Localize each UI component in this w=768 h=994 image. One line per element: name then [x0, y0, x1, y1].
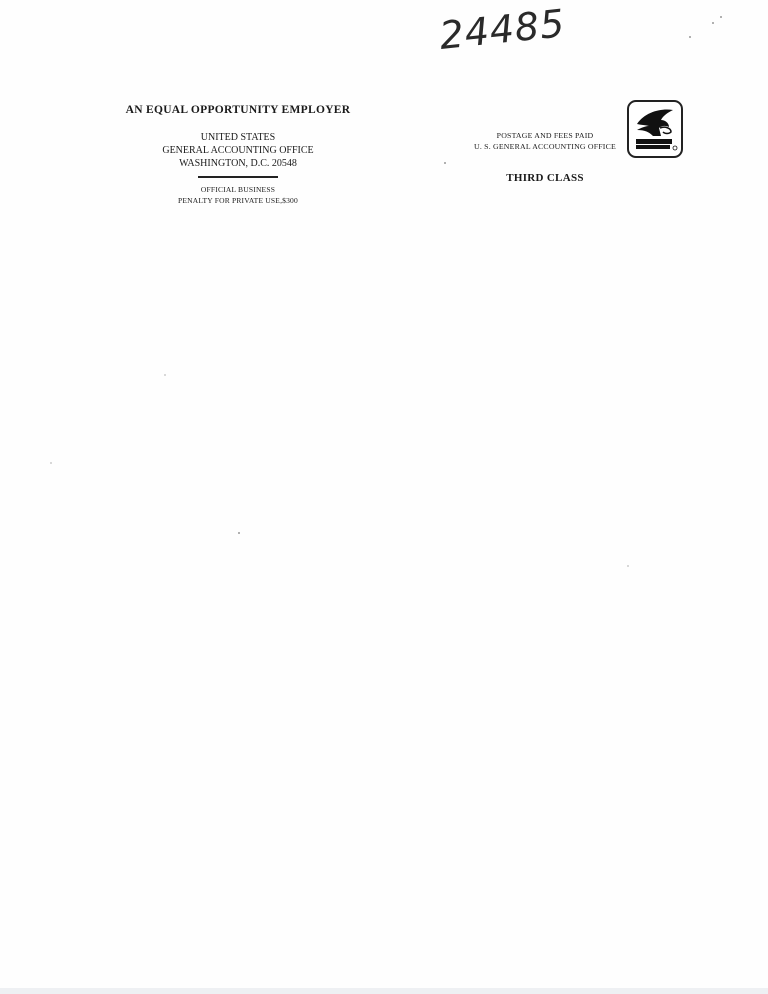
divider [198, 176, 278, 178]
employer-line: AN EQUAL OPPORTUNITY EMPLOYER [118, 104, 358, 116]
handwritten-number: 24485 [437, 1, 567, 58]
sender-address: UNITED STATES GENERAL ACCOUNTING OFFICE … [118, 131, 358, 170]
scan-speck [720, 16, 722, 18]
return-address-block: AN EQUAL OPPORTUNITY EMPLOYER UNITED STA… [118, 104, 358, 206]
postage-line: POSTAGE AND FEES PAID [440, 130, 650, 141]
postage-paid-notice: POSTAGE AND FEES PAID U. S. GENERAL ACCO… [440, 130, 650, 152]
address-line: WASHINGTON, D.C. 20548 [118, 157, 358, 170]
scan-speck [444, 162, 446, 164]
scan-speck [164, 374, 166, 376]
envelope-page: 24485 AN EQUAL OPPORTUNITY EMPLOYER UNIT… [0, 0, 768, 994]
address-line: UNITED STATES [118, 131, 358, 144]
scan-speck [50, 462, 52, 464]
scan-speck [627, 565, 629, 567]
address-line: GENERAL ACCOUNTING OFFICE [118, 144, 358, 157]
official-business-notice: OFFICIAL BUSINESS PENALTY FOR PRIVATE US… [118, 184, 358, 206]
scan-speck [238, 532, 240, 534]
postage-line: U. S. GENERAL ACCOUNTING OFFICE [440, 141, 650, 152]
official-line: OFFICIAL BUSINESS [118, 184, 358, 195]
mail-class: THIRD CLASS [440, 172, 650, 184]
usps-eagle-icon [627, 100, 683, 158]
penalty-line: PENALTY FOR PRIVATE USE,$300 [118, 195, 358, 206]
scan-speck [712, 22, 714, 24]
scan-speck [689, 36, 691, 38]
postage-block: POSTAGE AND FEES PAID U. S. GENERAL ACCO… [440, 130, 650, 184]
page-bottom-edge [0, 988, 768, 994]
